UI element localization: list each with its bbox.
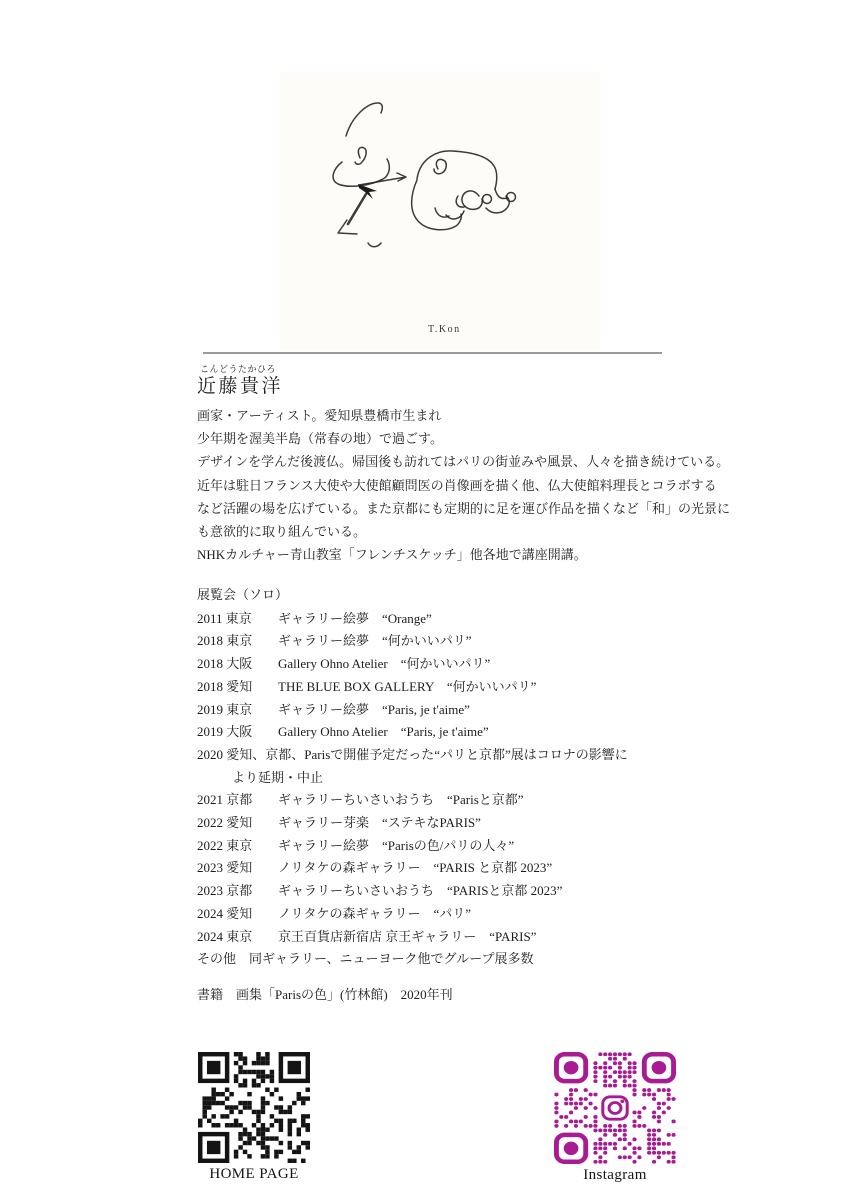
bio-line: 近年は駐日フランス大使や大使館顧問医の肖像画を描く他、仏大使館料理長とコラボする bbox=[197, 474, 730, 497]
homepage-qr-code bbox=[198, 1052, 310, 1163]
exhibition-year-place: 2018 愛知 bbox=[197, 676, 278, 699]
flyer-page: { "sketch": { "signature": "T.Kon" }, "a… bbox=[0, 0, 848, 1200]
bio-line: など活躍の場を広げている。また京都にも定期的に足を運び作品を描くなど「和」の光景… bbox=[197, 497, 730, 520]
exhibition-row: 2019 大阪Gallery Ohno Atelier “Paris, je t… bbox=[197, 721, 628, 744]
exhibition-row: 2023 愛知ノリタケの森ギャラリー “PARIS と京都 2023” bbox=[197, 857, 628, 880]
bio-line: 少年期を渥美半島（常春の地）で過ごす。 bbox=[197, 427, 730, 450]
divider-line bbox=[203, 352, 662, 354]
exhibition-venue-title: ギャラリー絵夢 “Orange” bbox=[278, 611, 432, 626]
exhibition-row: 2018 東京ギャラリー絵夢 “何かいいパリ” bbox=[197, 630, 628, 653]
exhibition-year-place: 2019 東京 bbox=[197, 699, 278, 722]
exhibition-year-place: 2022 東京 bbox=[197, 835, 278, 858]
sketch-signature: T.Kon bbox=[428, 324, 461, 335]
bio-line: デザインを学んだ後渡仏。帰国後も訪れてはパリの街並みや風景、人々を描き続けている… bbox=[197, 450, 730, 473]
exhibition-year-place: 2023 愛知 bbox=[197, 857, 278, 880]
exhibition-venue-title: ギャラリー絵夢 “Paris, je t'aime” bbox=[278, 702, 470, 717]
exhibition-row: 2022 愛知ギャラリー芽楽 “ステキなPARIS” bbox=[197, 812, 628, 835]
exhibition-venue-title: ギャラリーちいさいおうち “Parisと京都” bbox=[278, 792, 524, 807]
exhibition-row: より延期・中止 bbox=[197, 767, 628, 790]
exhibition-venue-title: THE BLUE BOX GALLERY “何かいいパリ” bbox=[278, 679, 536, 694]
exhibition-venue-title: ギャラリーちいさいおうち “PARISと京都 2023” bbox=[278, 883, 562, 898]
instagram-qr-label: Instagram bbox=[554, 1167, 676, 1184]
homepage-qr-block: HOME PAGE bbox=[198, 1052, 310, 1183]
bio-line: NHKカルチャー青山教室「フレンチスケッチ」他各地で講座開講。 bbox=[197, 543, 730, 566]
exhibitions-list: 2011 東京ギャラリー絵夢 “Orange”2018 東京ギャラリー絵夢 “何… bbox=[197, 608, 628, 971]
bio-line: 画家・アーティスト。愛知県豊橋市生まれ bbox=[197, 404, 730, 427]
exhibition-year-place: 2011 東京 bbox=[197, 608, 278, 631]
exhibitions-heading: 展覧会（ソロ） bbox=[197, 584, 628, 607]
exhibition-row: 2018 大阪Gallery Ohno Atelier “何かいいパリ” bbox=[197, 653, 628, 676]
artist-sketch: T.Kon bbox=[280, 72, 600, 350]
exhibition-year-place: 2024 東京 bbox=[197, 926, 278, 949]
exhibition-row: その他 同ギャラリー、ニューヨーク他でグループ展多数 bbox=[197, 948, 628, 971]
exhibition-venue-title: 京王百貨店新宿店 京王ギャラリー “PARIS” bbox=[278, 929, 536, 944]
exhibition-year-place: 2022 愛知 bbox=[197, 812, 278, 835]
exhibition-year-place: 2021 京都 bbox=[197, 789, 278, 812]
exhibition-venue-title: ノリタケの森ギャラリー “PARIS と京都 2023” bbox=[278, 860, 552, 875]
exhibition-venue-title: ギャラリー絵夢 “何かいいパリ” bbox=[278, 633, 472, 648]
exhibition-row: 2021 京都ギャラリーちいさいおうち “Parisと京都” bbox=[197, 789, 628, 812]
exhibition-row: 2022 東京ギャラリー絵夢 “Parisの色/パリの人々” bbox=[197, 835, 628, 858]
exhibition-row: 2020 愛知、京都、Parisで開催予定だった“パリと京都”展はコロナの影響に bbox=[197, 744, 628, 767]
sketch-drawing: T.Kon bbox=[280, 72, 600, 350]
exhibition-venue-title: Gallery Ohno Atelier “何かいいパリ” bbox=[278, 656, 490, 671]
artist-furigana: こんどうたかひろ bbox=[200, 363, 283, 376]
sketch-paper bbox=[280, 72, 600, 350]
exhibition-year-place: 2024 愛知 bbox=[197, 903, 278, 926]
exhibition-venue-title: ギャラリー絵夢 “Parisの色/パリの人々” bbox=[278, 838, 514, 853]
exhibitions-section: 展覧会（ソロ） 2011 東京ギャラリー絵夢 “Orange”2018 東京ギャ… bbox=[197, 584, 628, 971]
exhibition-row: 2019 東京ギャラリー絵夢 “Paris, je t'aime” bbox=[197, 699, 628, 722]
instagram-qr-block: Instagram bbox=[554, 1052, 676, 1184]
exhibition-venue-title: Gallery Ohno Atelier “Paris, je t'aime” bbox=[278, 724, 489, 739]
exhibition-row: 2024 東京京王百貨店新宿店 京王ギャラリー “PARIS” bbox=[197, 926, 628, 949]
instagram-qr-code bbox=[554, 1052, 676, 1164]
exhibition-venue-title: ギャラリー芽楽 “ステキなPARIS” bbox=[278, 815, 481, 830]
exhibition-row: 2018 愛知THE BLUE BOX GALLERY “何かいいパリ” bbox=[197, 676, 628, 699]
artist-bio: 画家・アーティスト。愛知県豊橋市生まれ少年期を渥美半島（常春の地）で過ごす。デザ… bbox=[197, 404, 730, 566]
exhibition-year-place: 2023 京都 bbox=[197, 880, 278, 903]
exhibition-row: 2023 京都ギャラリーちいさいおうち “PARISと京都 2023” bbox=[197, 880, 628, 903]
exhibition-year-place: 2018 東京 bbox=[197, 630, 278, 653]
bio-line: も意欲的に取り組んでいる。 bbox=[197, 520, 730, 543]
exhibition-row: 2011 東京ギャラリー絵夢 “Orange” bbox=[197, 608, 628, 631]
exhibition-year-place: 2019 大阪 bbox=[197, 721, 278, 744]
exhibition-row: 2024 愛知ノリタケの森ギャラリー “パリ” bbox=[197, 903, 628, 926]
artist-name-block: こんどうたかひろ 近藤貴洋 bbox=[197, 363, 283, 398]
exhibition-year-place: 2018 大阪 bbox=[197, 653, 278, 676]
instagram-icon bbox=[599, 1093, 631, 1123]
homepage-qr-label: HOME PAGE bbox=[198, 1166, 310, 1183]
book-line: 書籍 画集「Parisの色」(竹林館) 2020年刊 bbox=[197, 984, 453, 1007]
exhibition-venue-title: ノリタケの森ギャラリー “パリ” bbox=[278, 906, 471, 921]
artist-name: 近藤貴洋 bbox=[197, 376, 283, 398]
